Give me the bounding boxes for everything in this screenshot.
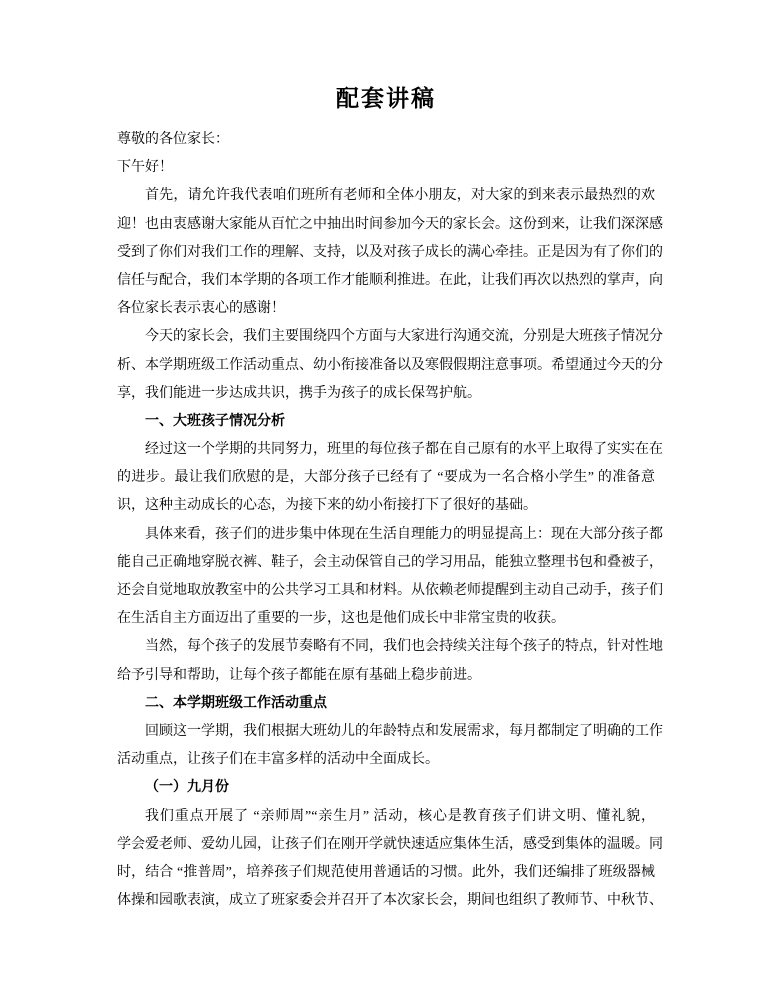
text-line: 在生活自主方面迈出了重要的一步，这也是他们成长中非常宝贵的收获。 (117, 605, 655, 633)
text-line: 首先，请允许我代表咱们班所有老师和全体小朋友，对大家的到来表示最热烈的欢 (117, 182, 655, 210)
document-title: 配套讲稿 (117, 84, 655, 114)
text-line: 经过这一个学期的共同努力，班里的每位孩子都在自己原有的水平上取得了实实在在 (117, 436, 655, 464)
text-line: 我们重点开展了 “亲师周”“亲生月” 活动，核心是教育孩子们讲文明、懂礼貌， (117, 803, 655, 831)
text-line: 能自己正确地穿脱衣裤、鞋子，会主动保管自己的学习用品，能独立整理书包和叠被子， (117, 549, 655, 577)
text-line: 今天的家长会，我们主要围绕四个方面与大家进行沟通交流，分别是大班孩子情况分 (117, 323, 655, 351)
section-heading: 二、本学期班级工作活动重点 (117, 690, 655, 718)
section-heading: 一、大班孩子情况分析 (117, 408, 655, 436)
text-line: 活动重点，让孩子们在丰富多样的活动中全面成长。 (117, 746, 655, 774)
text-line: 还会自觉地取放教室中的公共学习工具和材料。从依赖老师提醒到主动自己动手，孩子们 (117, 577, 655, 605)
section-heading: （一）九月份 (117, 774, 655, 802)
document-body: 尊敬的各位家长：下午好！首先，请允许我代表咱们班所有老师和全体小朋友，对大家的到… (117, 126, 655, 915)
text-line: 当然，每个孩子的发展节奏略有不同，我们也会持续关注每个孩子的特点，针对性地 (117, 633, 655, 661)
text-line: 享，我们能进一步达成共识，携手为孩子的成长保驾护航。 (117, 380, 655, 408)
text-line: 析、本学期班级工作活动重点、幼小衔接准备以及寒假假期注意事项。希望通过今天的分 (117, 352, 655, 380)
text-line: 迎！也由衷感谢大家能从百忙之中抽出时间参加今天的家长会。这份到来，让我们深深感 (117, 211, 655, 239)
text-line: 识，这种主动成长的心态，为接下来的幼小衔接打下了很好的基础。 (117, 492, 655, 520)
text-line: 下午好！ (117, 154, 655, 182)
document-page: 配套讲稿 尊敬的各位家长：下午好！首先，请允许我代表咱们班所有老师和全体小朋友，… (0, 0, 770, 1000)
text-line: 体操和园歌表演，成立了班家委会并召开了本次家长会，期间也组织了教师节、中秋节、 (117, 887, 655, 915)
text-line: 信任与配合，我们本学期的各项工作才能顺利推进。在此，让我们再次以热烈的掌声，向 (117, 267, 655, 295)
text-line: 具体来看，孩子们的进步集中体现在生活自理能力的明显提高上：现在大部分孩子都 (117, 521, 655, 549)
text-line: 时，结合 “推普周”，培养孩子们规范使用普通话的习惯。此外，我们还编排了班级器械 (117, 859, 655, 887)
text-line: 各位家长表示衷心的感谢！ (117, 295, 655, 323)
text-line: 回顾这一学期，我们根据大班幼儿的年龄特点和发展需求，每月都制定了明确的工作 (117, 718, 655, 746)
text-line: 给予引导和帮助，让每个孩子都能在原有基础上稳步前进。 (117, 662, 655, 690)
text-line: 的进步。最让我们欣慰的是，大部分孩子已经有了 “要成为一名合格小学生” 的准备意 (117, 464, 655, 492)
text-line: 尊敬的各位家长： (117, 126, 655, 154)
text-line: 学会爱老师、爱幼儿园，让孩子们在刚开学就快速适应集体生活，感受到集体的温暖。同 (117, 831, 655, 859)
text-line: 受到了你们对我们工作的理解、支持，以及对孩子成长的满心牵挂。正是因为有了你们的 (117, 239, 655, 267)
